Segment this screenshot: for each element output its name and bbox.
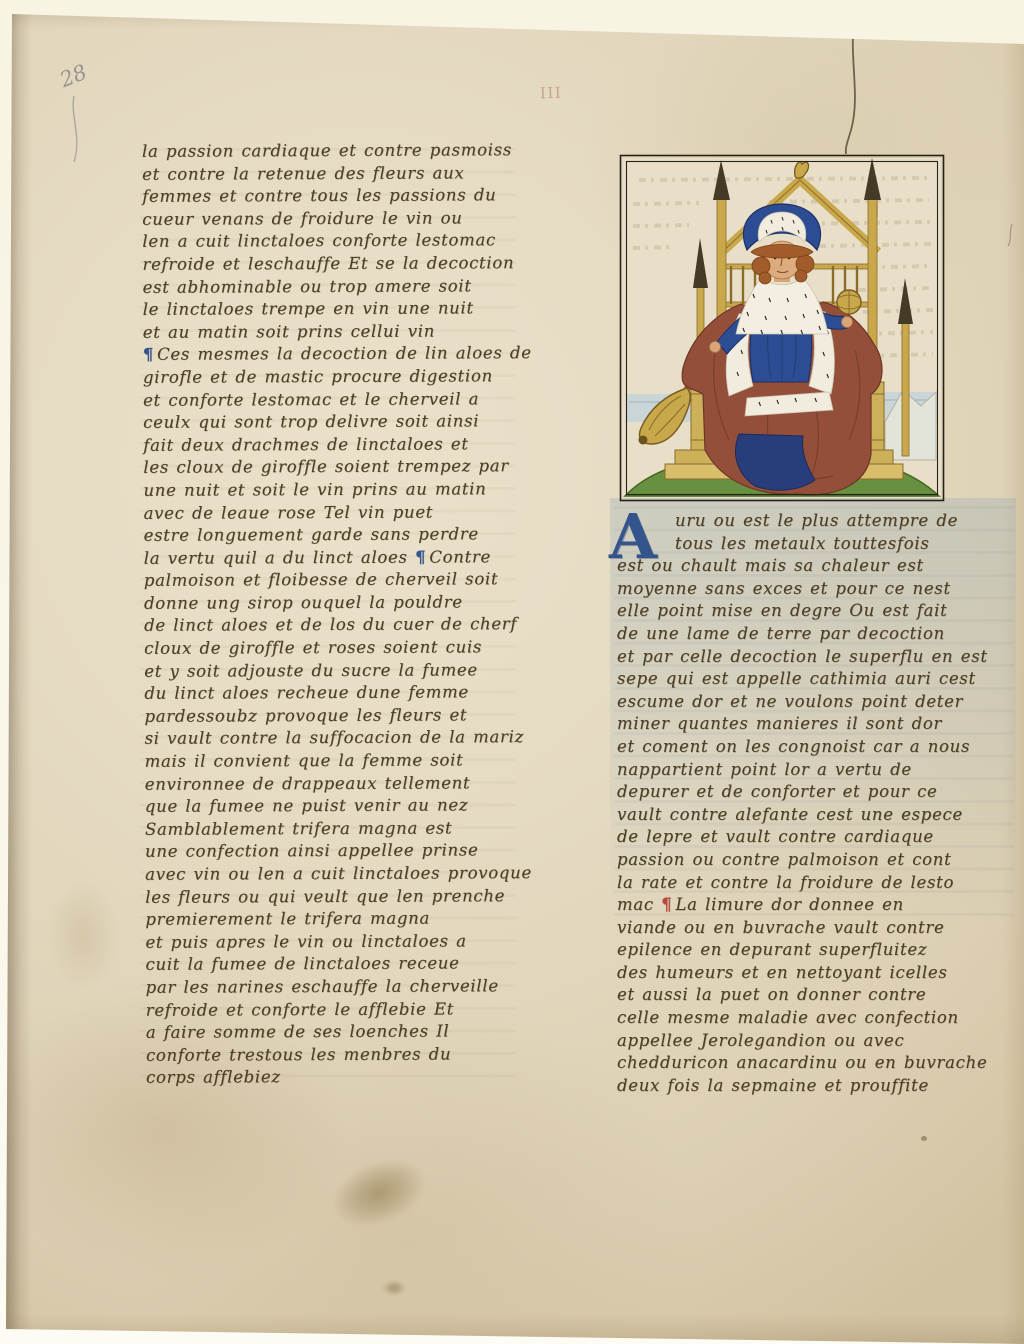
right-text-column: A uru ou est le plus attempre detous les… — [617, 510, 1017, 1097]
text-line: len a cuit linctaloes conforte lestomac — [142, 230, 514, 254]
line-text: et y soit adjouste du sucre la fumee — [144, 660, 478, 680]
line-text: femmes et contre tous les passions du — [142, 185, 496, 206]
hand-right — [710, 342, 721, 353]
text-line: que la fumee ne puist venir au nez — [145, 794, 517, 818]
hair-thread — [846, 16, 855, 154]
line-text: conforte trestous les menbres du — [146, 1044, 451, 1064]
text-line: et conforte lestomac et le cherveil a — [143, 388, 515, 412]
text-line: corps afflebiez — [146, 1066, 518, 1090]
text-line: elle point mise en degre Ou est fait — [617, 600, 1017, 623]
text-line: Samblablement trifera magna est — [145, 817, 517, 841]
line-text: et par celle decoction le superflu en es… — [617, 647, 988, 666]
text-line: pardessoubz provoque les fleurs et — [144, 704, 516, 728]
line-text: estre longuement garde sans perdre — [144, 524, 479, 544]
line-text: miner quantes manieres il sont dor — [617, 714, 942, 733]
line-pre-text: la vertu quil a du linct aloes — [144, 547, 415, 567]
text-line: nappartient point lor a vertu de — [617, 759, 1017, 782]
miniature-illustration — [619, 154, 945, 502]
line-text: uru ou est le plus attempre de — [675, 511, 958, 530]
line-text: elle point mise en degre Ou est fait — [617, 601, 947, 620]
text-line: les fleurs ou qui veult que len prenche — [145, 885, 517, 909]
line-text: les cloux de giroffle soient trempez par — [143, 457, 509, 478]
text-line: est ou chault mais sa chaleur est — [617, 555, 1017, 578]
text-line: estre longuement garde sans perdre — [144, 523, 516, 547]
pencil-stroke — [73, 96, 77, 162]
text-line: est abhominable ou trop amere soit — [143, 275, 515, 299]
line-text: palmoison et floibesse de cherveil soit — [144, 570, 498, 591]
line-text: passion ou contre palmoison et cont — [617, 850, 951, 869]
text-line: tous les metaulx touttesfois — [617, 533, 1017, 556]
text-line: cueur venans de froidure le vin ou — [142, 207, 514, 231]
quire-signature-mark: III — [540, 84, 563, 103]
text-line: et contre la retenue des fleurs aux — [142, 162, 514, 186]
line-text: ceulx qui sont trop delivre soit ainsi — [143, 411, 479, 431]
line-text: tous les metaulx touttesfois — [675, 534, 930, 553]
line-text: escume dor et ne voulons point deter — [617, 692, 963, 711]
text-line: premierement le trifera magna — [145, 907, 517, 931]
line-text: une nuit et soit le vin prins au matin — [143, 479, 486, 499]
text-line: uru ou est le plus attempre de — [617, 510, 1017, 533]
line-text: de lepre et vault contre cardiaque — [617, 827, 934, 846]
line-text: des humeurs et en nettoyant icelles — [617, 963, 948, 982]
line-text: fait deux drachmes de linctaloes et — [143, 434, 469, 454]
text-line: deux fois la sepmaine et prouffite — [617, 1075, 1017, 1098]
line-pre-text: mac — [617, 895, 661, 914]
line-text: celle mesme maladie avec confection — [617, 1008, 959, 1027]
line-text: appellee Jerolegandion ou avec — [617, 1031, 904, 1050]
text-line: la rate et contre la froidure de lesto — [617, 872, 1017, 895]
line-text: Samblablement trifera magna est — [145, 818, 453, 838]
text-line: et y soit adjouste du sucre la fumee — [144, 659, 516, 683]
manuscript-page: 28 III la passion cardiaque et contre pa… — [0, 0, 1024, 1344]
text-line: vault contre alefante cest une espece — [617, 804, 1017, 827]
text-line: du linct aloes recheue dune femme — [144, 681, 516, 705]
parchment-stain-small — [382, 1280, 406, 1296]
text-line: appellee Jerolegandion ou avec — [617, 1030, 1017, 1053]
line-text: donne ung sirop ouquel la pouldre — [144, 592, 463, 612]
text-line: cuit la fumee de linctaloes receue — [145, 953, 517, 977]
text-line: ceulx qui sont trop delivre soit ainsi — [143, 410, 515, 434]
text-line: cloux de giroffle et roses soient cuis — [144, 636, 516, 660]
miniature-frame — [619, 154, 945, 502]
line-text: cuit la fumee de linctaloes receue — [145, 954, 459, 974]
text-line: une nuit et soit le vin prins au matin — [143, 478, 515, 502]
text-line: et aussi la puet on donner contre — [617, 984, 1017, 1007]
text-line: donne ung sirop ouquel la pouldre — [144, 591, 516, 615]
text-line: de une lame de terre par decoction — [617, 623, 1017, 646]
line-text: et puis apres le vin ou linctaloes a — [145, 931, 466, 951]
text-line: avec vin ou len a cuit linctaloes provoq… — [145, 862, 517, 886]
line-text: que la fumee ne puist venir au nez — [145, 796, 468, 816]
hand-left — [842, 317, 853, 328]
text-line: de linct aloes et de los du cuer de cher… — [144, 614, 516, 638]
right-column-lines: uru ou est le plus attempre detous les m… — [617, 510, 1017, 1097]
text-line: refroide et leschauffe Et se la decoctio… — [142, 252, 514, 276]
text-line: moyenne sans exces et pour ce nest — [617, 578, 1017, 601]
gutter-shadow — [6, 0, 32, 1344]
line-text: viande ou en buvrache vault contre — [617, 918, 945, 937]
line-text: La limure dor donnee en — [675, 895, 903, 914]
text-line: fait deux drachmes de linctaloes et — [143, 433, 515, 457]
parchment-stain-large — [322, 1146, 436, 1240]
line-text: du linct aloes recheue dune femme — [144, 683, 469, 703]
paragraph-mark: ¶ — [661, 895, 672, 914]
line-text: moyenne sans exces et pour ce nest — [617, 579, 951, 598]
text-line: ¶Ces mesmes la decoction de lin aloes de — [143, 343, 515, 367]
line-text: girofle et de mastic procure digestion — [143, 366, 493, 387]
text-line: refroide et conforte le afflebie Et — [146, 998, 518, 1022]
line-text: de une lame de terre par decoction — [617, 624, 945, 643]
line-text: est abhominable ou trop amere soit — [143, 276, 472, 296]
text-line: mac ¶La limure dor donnee en — [617, 894, 1017, 917]
text-line: viande ou en buvrache vault contre — [617, 917, 1017, 940]
text-line: celle mesme maladie avec confection — [617, 1007, 1017, 1030]
line-text: cueur venans de froidure le vin ou — [142, 208, 462, 228]
text-line: conforte trestous les menbres du — [146, 1043, 518, 1067]
line-text: len a cuit linctaloes conforte lestomac — [142, 231, 496, 252]
line-text: vault contre alefante cest une espece — [617, 805, 963, 824]
line-text: le linctaloes trempe en vin une nuit — [143, 299, 474, 319]
line-text: les fleurs ou qui veult que len prenche — [145, 886, 505, 907]
line-text: premierement le trifera magna — [145, 909, 430, 929]
text-line: femmes et contre tous les passions du — [142, 184, 514, 208]
text-line: et au matin soit prins cellui vin — [143, 320, 515, 344]
line-text: epilence en depurant superfluitez — [617, 940, 927, 959]
text-line: la passion cardiaque et contre pasmoiss — [142, 139, 514, 163]
text-line: de lepre et vault contre cardiaque — [617, 826, 1017, 849]
illuminated-initial-A: A — [609, 508, 669, 566]
line-text: si vault contre la suffocacion de la mar… — [144, 728, 524, 749]
text-line: les cloux de giroffle soient trempez par — [143, 456, 515, 480]
text-line: depurer et de conforter et pour ce — [617, 781, 1017, 804]
line-text: depurer et de conforter et pour ce — [617, 782, 937, 801]
line-text: Contre — [429, 547, 491, 566]
text-line: la vertu quil a du linct aloes ¶Contre — [144, 546, 516, 570]
horn-knob — [639, 436, 648, 445]
line-text: et conforte lestomac et le cherveil a — [143, 389, 479, 409]
text-line: par les narines eschauffe la cherveille — [146, 975, 518, 999]
line-text: et aussi la puet on donner contre — [617, 985, 926, 1004]
text-line: mais il convient que la femme soit — [145, 749, 517, 773]
text-line: si vault contre la suffocacion de la mar… — [144, 727, 516, 751]
text-line: sepe qui est appelle cathimia auri cest — [617, 668, 1017, 691]
text-line: chedduricon anacardinu ou en buvrache — [617, 1052, 1017, 1075]
text-line: palmoison et floibesse de cherveil soit — [144, 568, 516, 592]
line-text: environnee de drappeaux tellement — [145, 773, 471, 793]
left-text-column: la passion cardiaque et contre pasmoisse… — [142, 139, 518, 1090]
text-line: a faire somme de ses loenches Il — [146, 1020, 518, 1044]
line-text: de linct aloes et de los du cuer de cher… — [144, 615, 517, 636]
paragraph-mark: ¶ — [415, 547, 426, 566]
paragraph-mark: ¶ — [143, 345, 154, 364]
parchment-speck — [921, 1136, 927, 1141]
text-line: epilence en depurant superfluitez — [617, 939, 1017, 962]
left-column-lines: la passion cardiaque et contre pasmoisse… — [142, 139, 518, 1090]
line-text: sepe qui est appelle cathimia auri cest — [617, 669, 976, 688]
line-text: et au matin soit prins cellui vin — [143, 321, 435, 341]
text-line: et par celle decoction le superflu en es… — [617, 646, 1017, 669]
line-text: par les narines eschauffe la cherveille — [146, 976, 499, 997]
page-bottom-edge-shadow — [0, 1314, 1024, 1344]
line-text: mais il convient que la femme soit — [145, 750, 464, 770]
text-line: des humeurs et en nettoyant icelles — [617, 962, 1017, 985]
text-line: une confection ainsi appellee prinse — [145, 840, 517, 864]
line-text: a faire somme de ses loenches Il — [146, 1022, 450, 1042]
line-text: la rate et contre la froidure de lesto — [617, 873, 954, 892]
text-line: passion ou contre palmoison et cont — [617, 849, 1017, 872]
line-text: cloux de giroffle et roses soient cuis — [144, 637, 482, 657]
line-text: la passion cardiaque et contre pasmoiss — [142, 140, 512, 161]
line-text: nappartient point lor a vertu de — [617, 760, 912, 779]
line-text: chedduricon anacardinu ou en buvrache — [617, 1053, 987, 1072]
pencil-folio-number: 28 — [56, 60, 90, 92]
line-text: une confection ainsi appellee prinse — [145, 841, 479, 861]
text-line: et coment on les congnoist car a nous — [617, 736, 1017, 759]
text-line: le linctaloes trempe en vin une nuit — [143, 297, 515, 321]
orb — [837, 290, 861, 314]
text-line: et puis apres le vin ou linctaloes a — [145, 930, 517, 954]
line-text: refroide et conforte le afflebie Et — [146, 999, 454, 1019]
line-text: corps afflebiez — [146, 1068, 281, 1088]
text-line: environnee de drappeaux tellement — [145, 772, 517, 796]
line-text: Ces mesmes la decoction de lin aloes de — [157, 343, 532, 364]
line-text: et contre la retenue des fleurs aux — [142, 163, 464, 183]
text-line: miner quantes manieres il sont dor — [617, 713, 1017, 736]
line-text: et coment on les congnoist car a nous — [617, 737, 970, 756]
text-line: avec de leaue rose Tel vin puet — [144, 501, 516, 525]
text-line: girofle et de mastic procure digestion — [143, 365, 515, 389]
line-text: deux fois la sepmaine et prouffite — [617, 1076, 929, 1095]
line-text: avec vin ou len a cuit linctaloes provoq… — [145, 863, 532, 884]
parchment-discoloration — [48, 880, 118, 990]
manuscript-photo: { "page": { "pencil_folio_mark": "28", "… — [0, 0, 1024, 1344]
text-line: escume dor et ne voulons point deter — [617, 691, 1017, 714]
line-text: avec de leaue rose Tel vin puet — [144, 502, 434, 522]
page-top-edge-shadow — [0, 0, 1024, 52]
line-text: pardessoubz provoque les fleurs et — [144, 705, 467, 725]
line-text: refroide et leschauffe Et se la decoctio… — [142, 253, 514, 274]
